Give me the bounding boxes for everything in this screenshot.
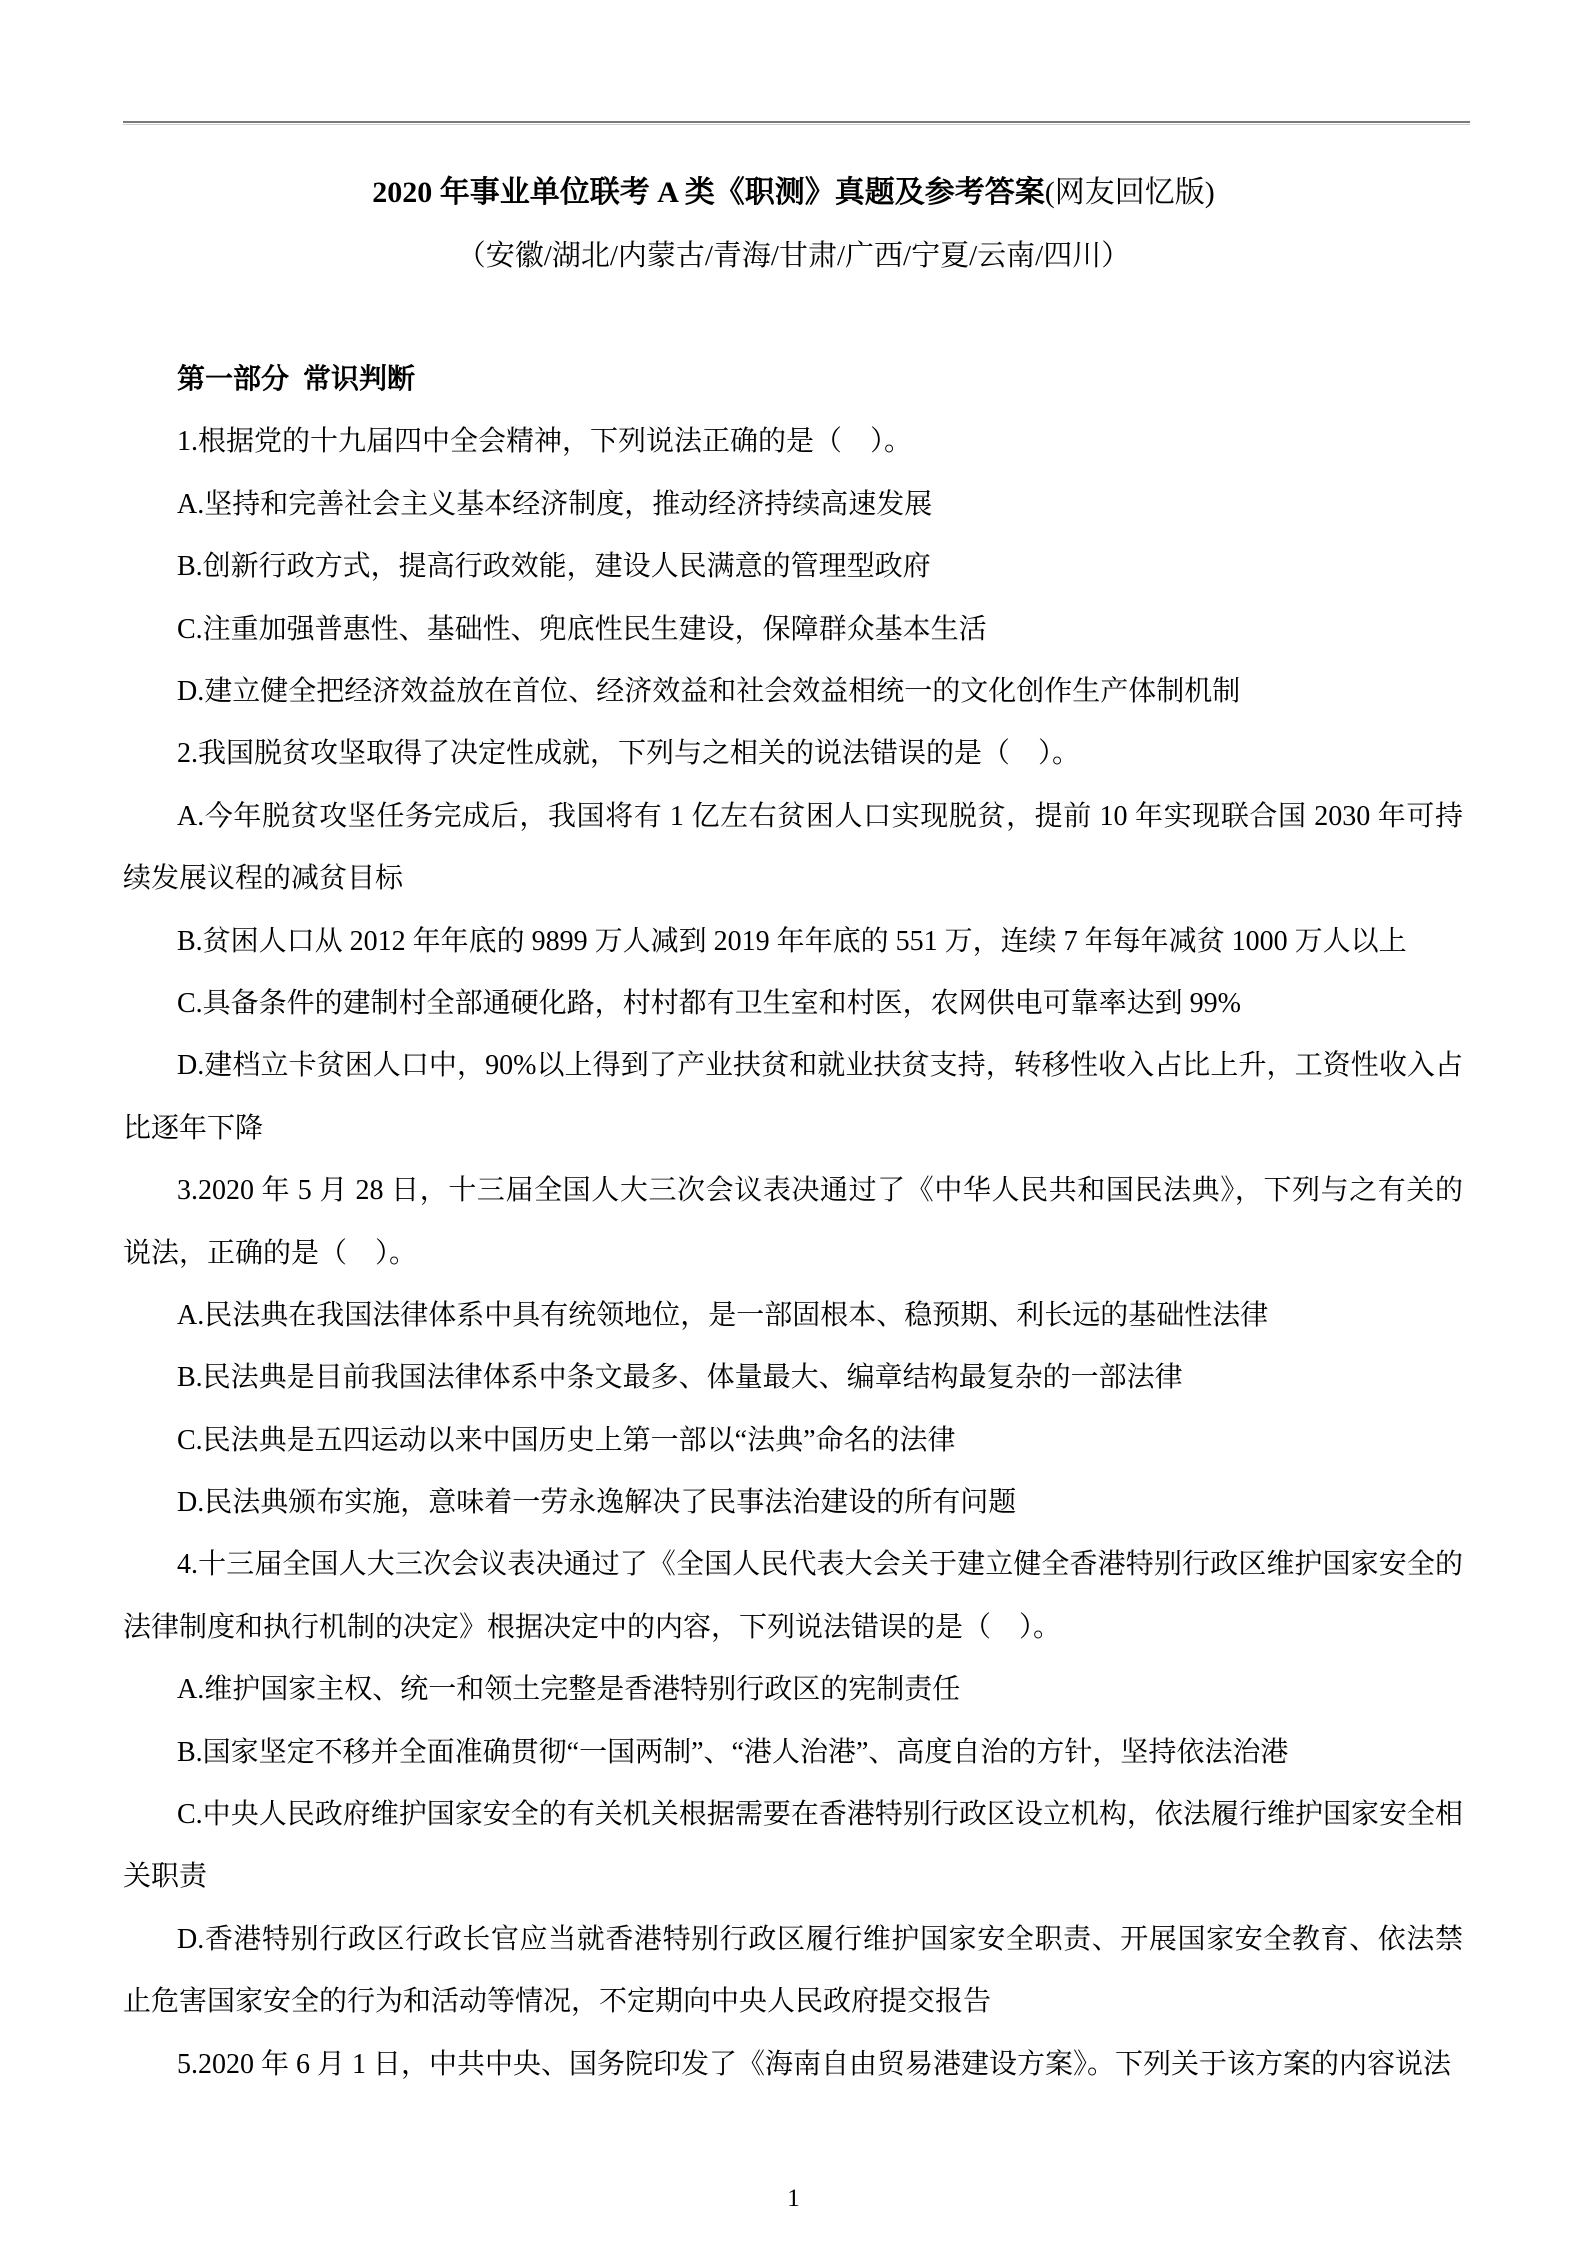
option-item: C.注重加强普惠性、基础性、兜底性民生建设，保障群众基本生活 [123, 599, 1463, 661]
option-item: A.民法典在我国法律体系中具有统领地位，是一部固根本、稳预期、利长远的基础性法律 [123, 1285, 1463, 1347]
option-item: C.中央人民政府维护国家安全的有关机关根据需要在香港特别行政区设立机构，依法履行… [123, 1784, 1463, 1909]
option-item: A.今年脱贫攻坚任务完成后，我国将有 1 亿左右贫困人口实现脱贫，提前 10 年… [123, 786, 1463, 911]
document-page: 2020 年事业单位联考 A 类《职测》真题及参考答案(网友回忆版) （安徽/湖… [0, 0, 1587, 2245]
option-item: B.贫困人口从 2012 年年底的 9899 万人减到 2019 年年底的 55… [123, 911, 1463, 973]
option-item: A.维护国家主权、统一和领土完整是香港特别行政区的宪制责任 [123, 1659, 1463, 1721]
question-stem: 4.十三届全国人大三次会议表决通过了《全国人民代表大会关于建立健全香港特别行政区… [123, 1534, 1463, 1659]
option-item: C.具备条件的建制村全部通硬化路，村村都有卫生室和村医，农网供电可靠率达到 99… [123, 973, 1463, 1035]
doc-title: 2020 年事业单位联考 A 类《职测》真题及参考答案(网友回忆版) [0, 162, 1587, 224]
option-item: C.民法典是五四运动以来中国历史上第一部以“法典”命名的法律 [123, 1410, 1463, 1472]
option-item: D.建立健全把经济效益放在首位、经济效益和社会效益相统一的文化创作生产体制机制 [123, 661, 1463, 723]
doc-title-note: (网友回忆版) [1045, 176, 1215, 209]
page-number: 1 [0, 2180, 1587, 2218]
question-stem: 2.我国脱贫攻坚取得了决定性成就，下列与之相关的说法错误的是（ ）。 [123, 723, 1463, 785]
option-item: B.国家坚定不移并全面准确贯彻“一国两制”、“港人治港”、高度自治的方针，坚持依… [123, 1722, 1463, 1784]
option-item: B.创新行政方式，提高行政效能，建设人民满意的管理型政府 [123, 536, 1463, 598]
option-item: D.建档立卡贫困人口中，90%以上得到了产业扶贫和就业扶贫支持，转移性收入占比上… [123, 1035, 1463, 1160]
question-stem: 5.2020 年 6 月 1 日，中共中央、国务院印发了《海南自由贸易港建设方案… [123, 2034, 1463, 2096]
option-item: D.香港特别行政区行政长官应当就香港特别行政区履行维护国家安全职责、开展国家安全… [123, 1909, 1463, 2034]
doc-title-main: 2020 年事业单位联考 A 类《职测》真题及参考答案 [372, 176, 1045, 209]
option-item: A.坚持和完善社会主义基本经济制度，推动经济持续高速发展 [123, 474, 1463, 536]
doc-subtitle: （安徽/湖北/内蒙古/青海/甘肃/广西/宁夏/云南/四川） [0, 225, 1587, 287]
option-item: D.民法典颁布实施，意味着一劳永逸解决了民事法治建设的所有问题 [123, 1472, 1463, 1534]
option-item: B.民法典是目前我国法律体系中条文最多、体量最大、编章结构最复杂的一部法律 [123, 1347, 1463, 1409]
question-stem: 1.根据党的十九届四中全会精神，下列说法正确的是（ ）。 [123, 411, 1463, 473]
question-stem: 3.2020 年 5 月 28 日，十三届全国人大三次会议表决通过了《中华人民共… [123, 1160, 1463, 1285]
header-rule [123, 121, 1470, 125]
section-heading: 第一部分 常识判断 [123, 349, 1463, 411]
document-body: 第一部分 常识判断1.根据党的十九届四中全会精神，下列说法正确的是（ ）。A.坚… [123, 349, 1463, 2096]
